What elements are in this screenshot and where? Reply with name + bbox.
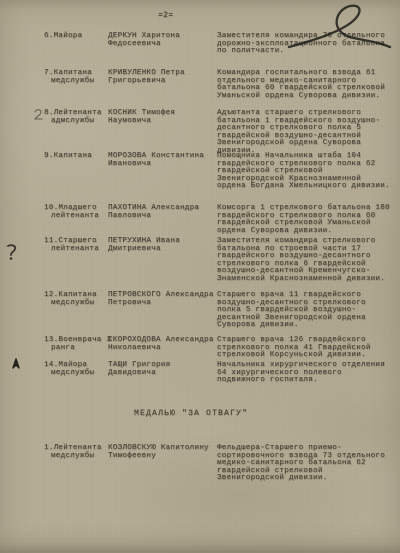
section-heading: МЕДАЛЬЮ "ЗА ОТВАГУ" <box>134 410 248 418</box>
entry-position: Начальника хирургического отделения 64 х… <box>217 362 393 385</box>
entry-rank: 11.Старшего лейтенанта <box>44 238 117 253</box>
entry-rank: 9.Капитана <box>44 153 117 161</box>
entry-position: Фельдшера-Старшего приемо-сортировочного… <box>217 445 393 483</box>
entry-number: 9. <box>44 152 54 160</box>
entry-position: Комсорга 1 стрелкового батальона 180 гва… <box>217 205 393 235</box>
typed-text-layer: =2= 6.Майора ДЕРКУН Харитона Федосеевича… <box>0 0 400 553</box>
ink-blot-icon <box>9 357 23 370</box>
entry-rank: 14.Майора медслужбы <box>44 362 117 377</box>
entry-rank: 13.Военврача 3 ранга <box>44 337 117 352</box>
entry-position: Помощника Начальника штаба 104 гвардейск… <box>217 153 393 191</box>
entry-name: ТАЩИ Григория Давидовича <box>108 362 220 377</box>
entry-rank: 6.Майора <box>44 33 117 41</box>
entry-rank: 1.Лейтенанта медслужбы <box>44 445 117 460</box>
page-number: =2= <box>158 12 173 20</box>
entry-name: КРИВУЛЕНКО Петра Григорьевича <box>108 70 220 85</box>
entry-name: ПЕТРОВСКОГО Александра Петровича <box>108 292 220 307</box>
ink-squiggle-icon <box>5 243 19 261</box>
pen-flourish-icon <box>283 1 398 53</box>
entry-rank: 7.Капитана медслужбы <box>44 70 117 85</box>
entry-position: Адъютанта старшего стрелкового батальона… <box>217 110 393 156</box>
entry-name: КОЗЛОВСКУЮ Капитолину Тимофеевну <box>108 445 220 460</box>
entry-number: 6. <box>44 32 54 40</box>
entry-name: ПЕТРУХИНА Ивана Дмитриевича <box>108 238 220 253</box>
entry-name: ДЕРКУН Харитона Федосеевича <box>108 33 220 48</box>
entry-position: Старшего врача 11 гвардейского воздушно-… <box>217 292 393 330</box>
entry-rank: 10.Младшего лейтенанта <box>44 205 117 220</box>
entry-rank: 12.Капитана медслужбы <box>44 292 117 307</box>
entry-name: СКОРОХОДОВА Александра Николаевича <box>108 337 220 352</box>
entry-position: Командира госпитального взвода 61 отдель… <box>217 70 393 100</box>
entry-position: Заместителя командира стрелкового баталь… <box>217 238 393 284</box>
document-page: =2= 6.Майора ДЕРКУН Харитона Федосеевича… <box>0 0 400 553</box>
entry-name: МОРОЗОВА Константина Ивановича <box>108 153 220 168</box>
pencil-mark-icon <box>33 108 45 122</box>
entry-name: ПАХОТИНА Александра Павловича <box>108 205 220 220</box>
entry-name: КОСНИК Тимофея Наумовича <box>108 110 220 125</box>
entry-rank: 8.Лейтенанта адмслужбы <box>44 110 117 125</box>
entry-position: Старшего врача 126 гвардейского стрелков… <box>217 337 393 360</box>
